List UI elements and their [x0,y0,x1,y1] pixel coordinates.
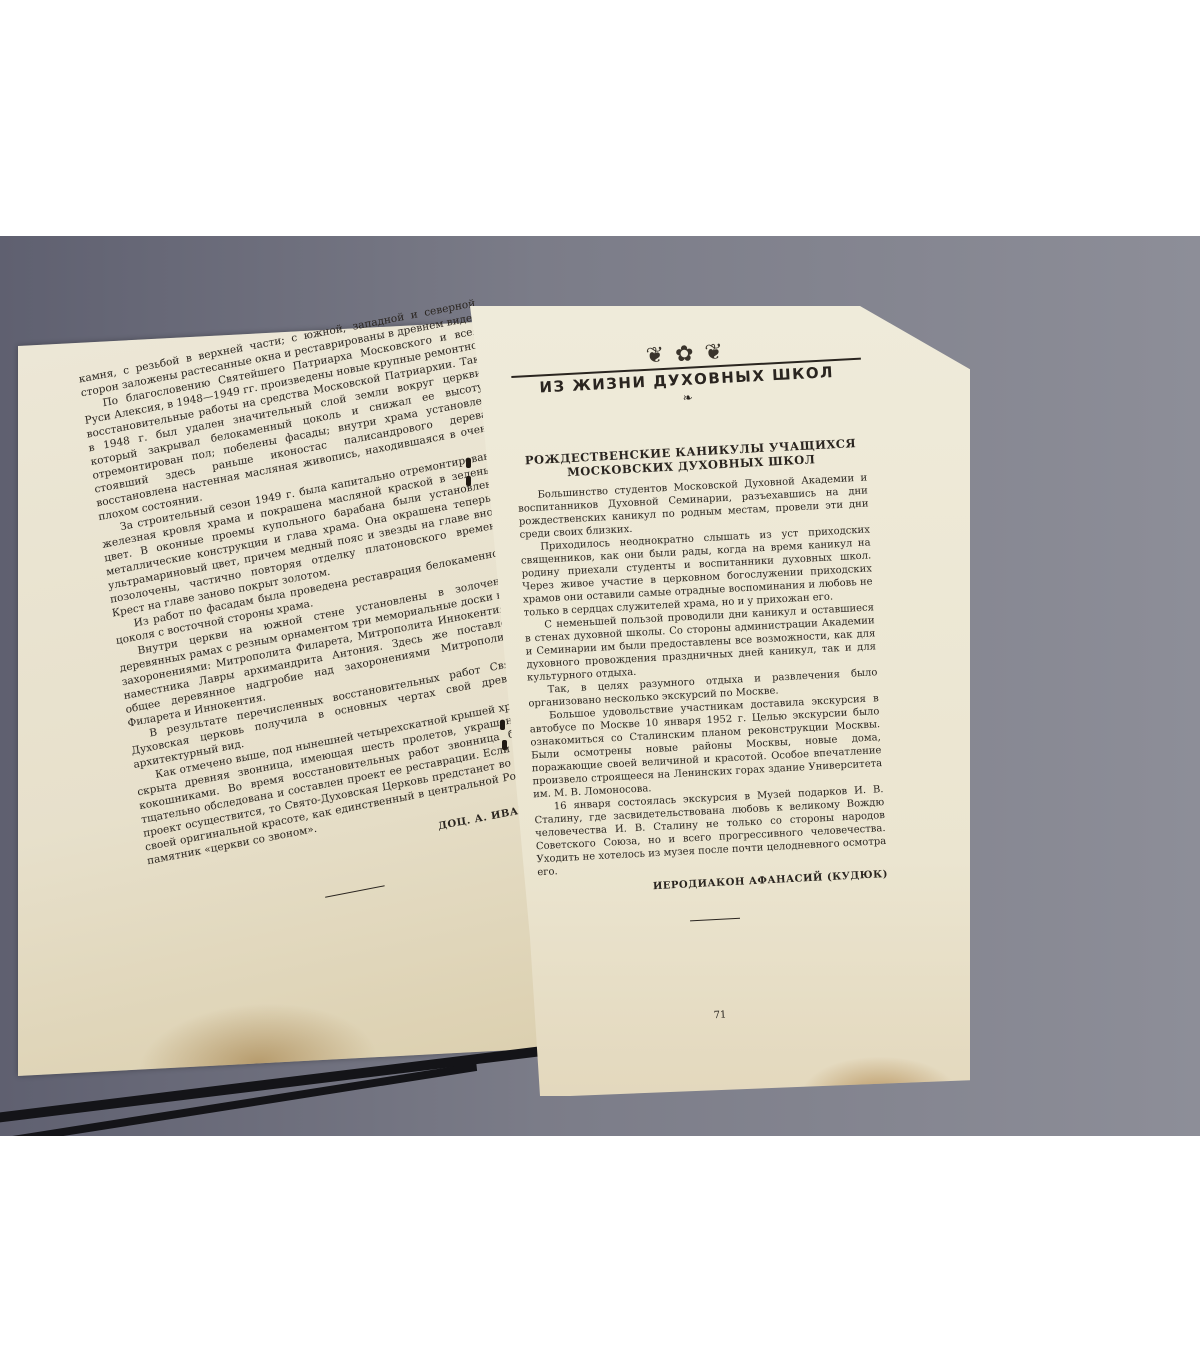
staple-hole [500,720,505,730]
right-page: ❦ ✿ ❦ ИЗ ЖИЗНИ ДУХОВНЫХ ШКОЛ ❧ РОЖДЕСТВЕ… [470,306,970,1096]
divider-rule [690,918,740,922]
water-stain [138,997,378,1070]
photograph: камня, с резьбой в верхней части; с южно… [0,236,1200,1136]
staple-hole [502,740,507,750]
divider-rule [325,885,385,897]
water-stain [800,1056,960,1096]
article-body: Большинство студентов Московской Духовно… [517,471,888,898]
left-page: камня, с резьбой в верхней части; с южно… [18,319,538,1076]
staple-hole [466,476,471,486]
page-number: 71 [545,1001,895,1030]
staple-hole [466,458,471,468]
cover-edge [0,1063,477,1136]
right-page-text: ❦ ✿ ❦ ИЗ ЖИЗНИ ДУХОВНЫХ ШКОЛ ❧ РОЖДЕСТВЕ… [510,333,895,1030]
